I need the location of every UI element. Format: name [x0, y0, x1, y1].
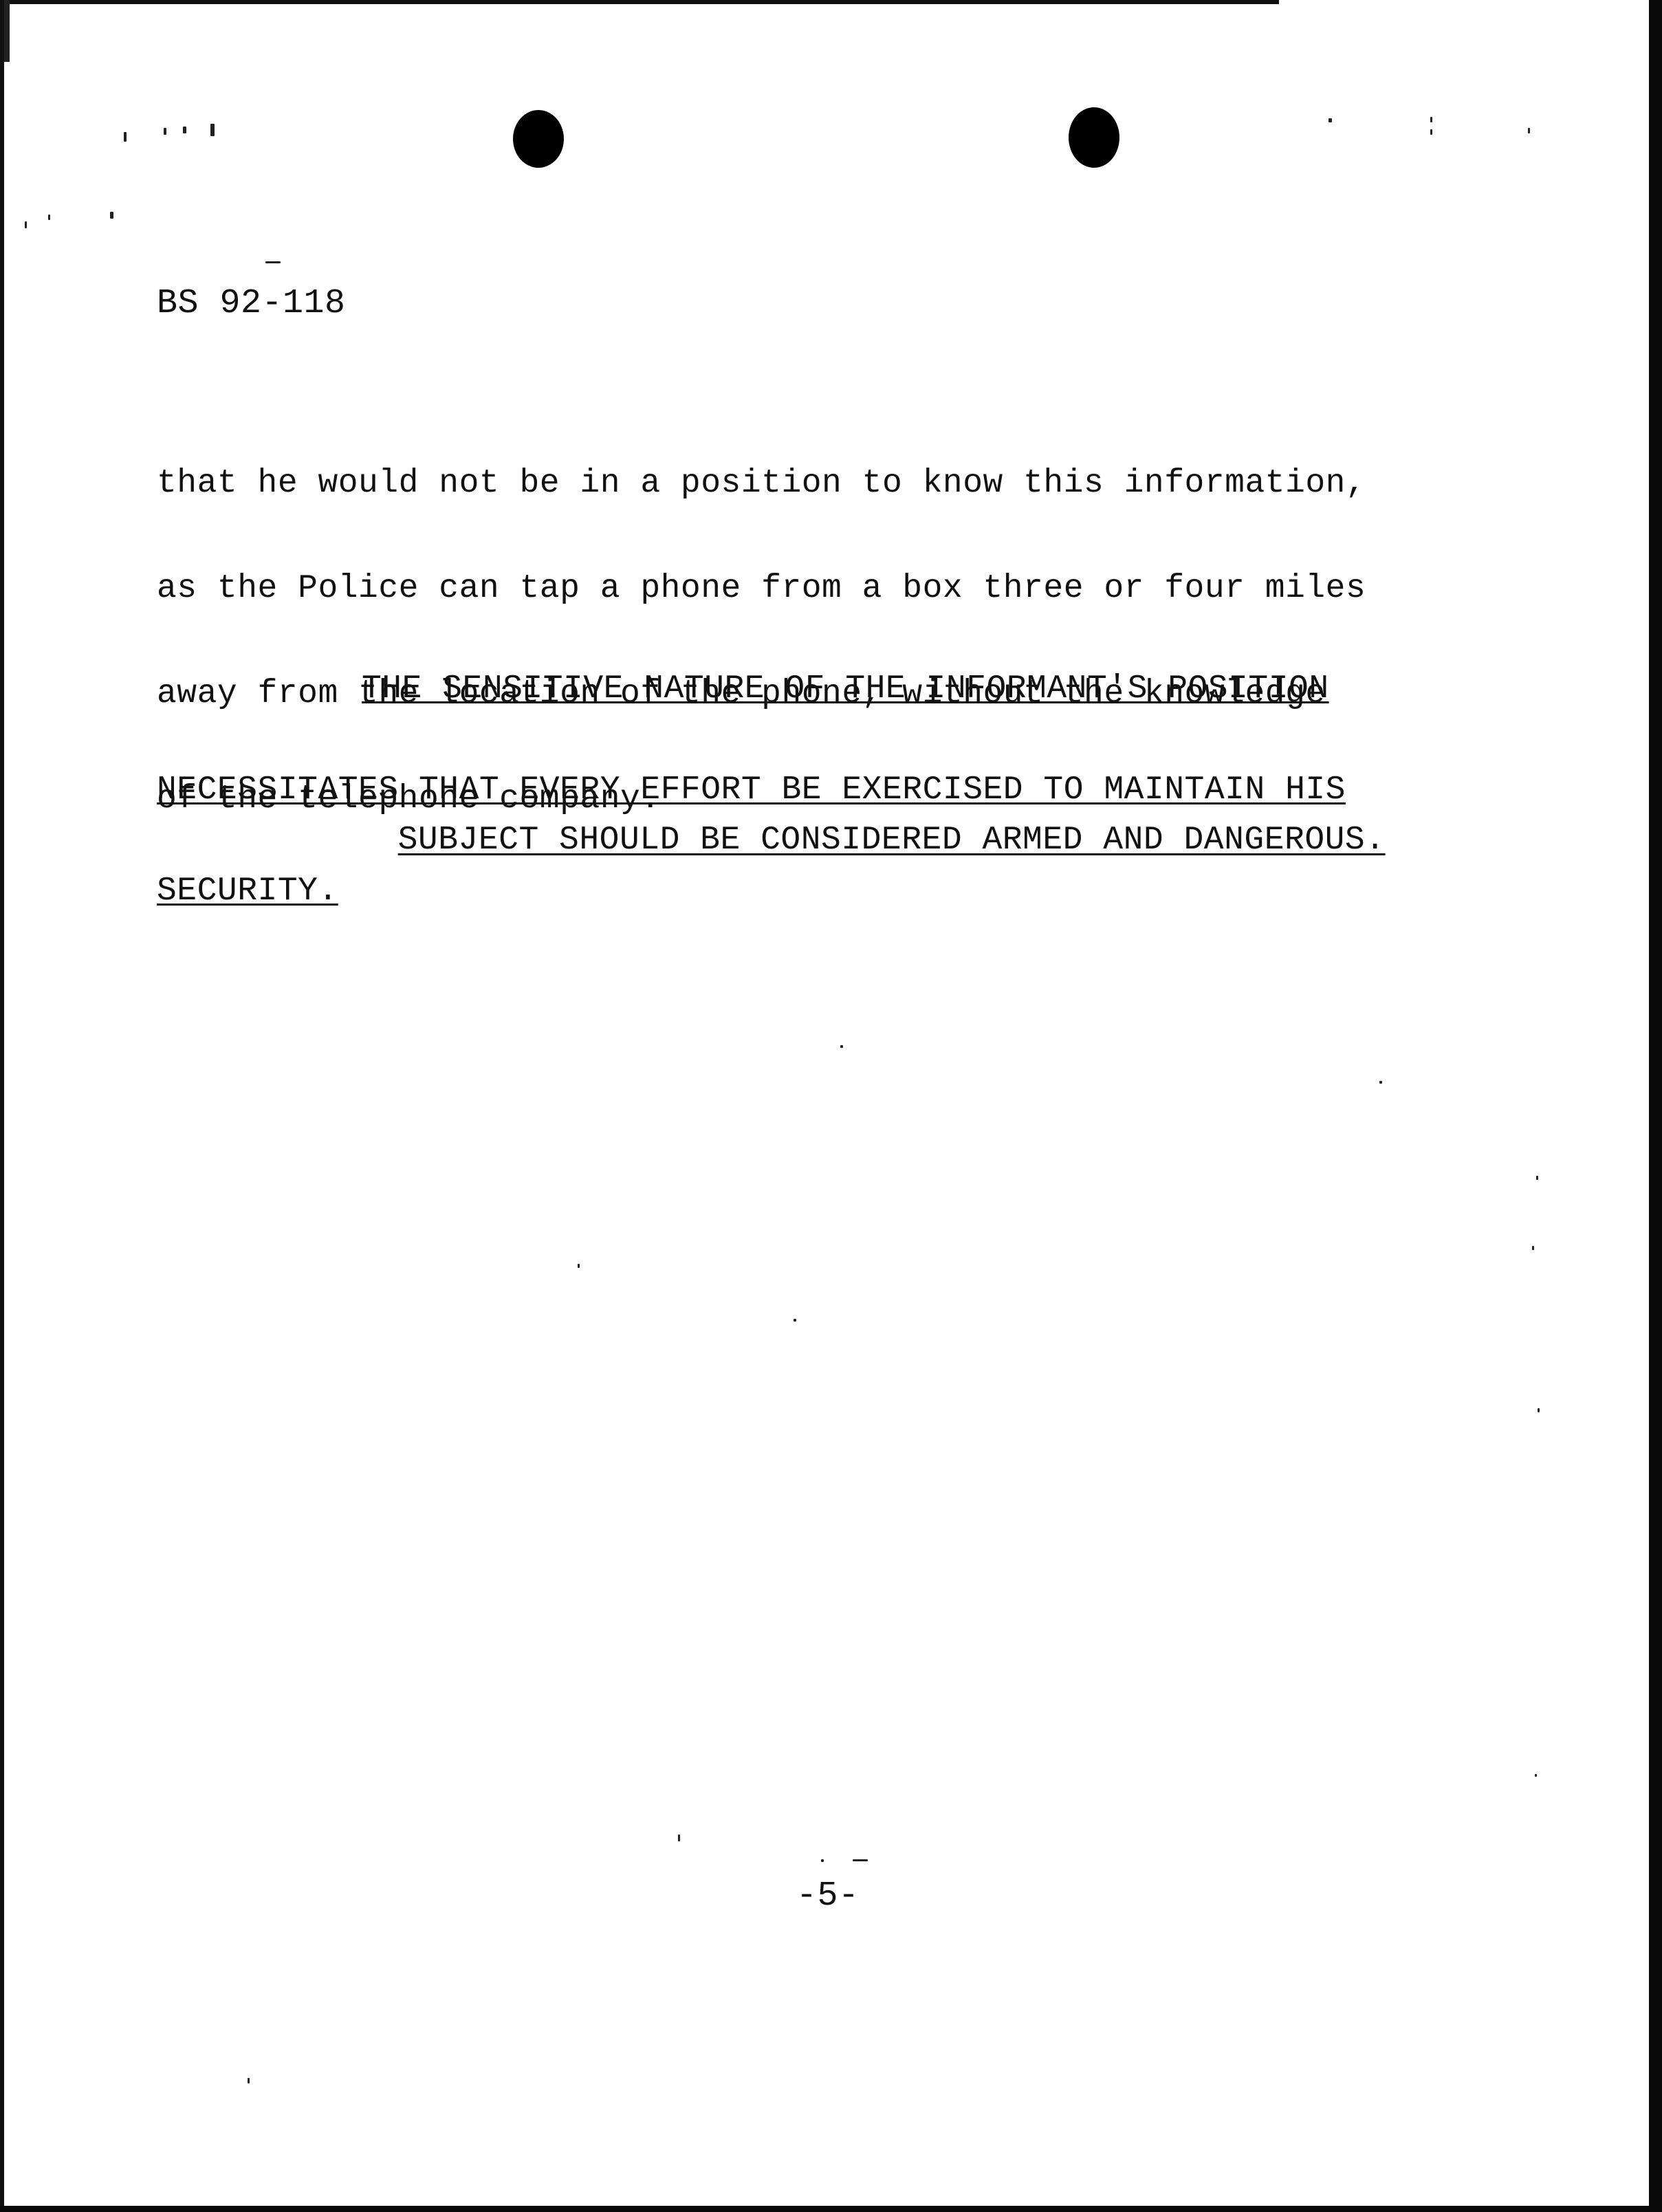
scan-speck [853, 1859, 868, 1861]
scan-speck [821, 1859, 824, 1862]
scan-speck [1538, 1408, 1540, 1412]
page-number: -5- [796, 1879, 860, 1914]
page-edge-left-shadow [4, 0, 10, 62]
scan-speck [248, 2078, 250, 2083]
punch-hole-left [513, 110, 564, 168]
scan-speck [678, 1835, 680, 1841]
file-number: BS 92-118 [157, 286, 346, 321]
scan-speck [25, 221, 27, 228]
scan-speck [164, 128, 166, 135]
scan-speck [1532, 1246, 1534, 1250]
notice-line: SECURITY. [157, 875, 1346, 908]
scan-speck [1535, 1774, 1537, 1777]
notice-line: THE SENSITIVE NATURE OF THE INFORMANT'S … [157, 672, 1346, 706]
page-edge-right [1649, 0, 1662, 2212]
scan-speck [840, 1045, 843, 1048]
punch-hole-right [1069, 107, 1119, 168]
scan-speck [1379, 1081, 1382, 1084]
scan-speck [48, 215, 50, 220]
scan-speck [1430, 117, 1432, 122]
scan-speck [1328, 118, 1332, 122]
scan-speck [1528, 128, 1530, 133]
page-edge-bottom [0, 2206, 1662, 2212]
armed-dangerous-warning: SUBJECT SHOULD BE CONSIDERED ARMED AND D… [358, 788, 1386, 858]
scan-speck [578, 1264, 580, 1268]
scan-speck [183, 127, 186, 133]
scan-speck [124, 132, 127, 142]
scan-speck [210, 124, 215, 136]
paragraph-line: as the Police can tap a phone from a box… [157, 571, 1366, 606]
scan-speck [1536, 1176, 1538, 1180]
page-edge-top [0, 0, 1279, 4]
scan-speck [265, 261, 281, 263]
scan-speck [110, 212, 113, 219]
page-edge-left [0, 0, 4, 2212]
paragraph-line: that he would not be in a position to kn… [157, 466, 1366, 501]
security-notice: THE SENSITIVE NATURE OF THE INFORMANT'S … [157, 605, 1346, 942]
warning-line: SUBJECT SHOULD BE CONSIDERED ARMED AND D… [398, 822, 1386, 859]
scan-speck [1430, 129, 1432, 135]
scan-speck [794, 1319, 796, 1322]
